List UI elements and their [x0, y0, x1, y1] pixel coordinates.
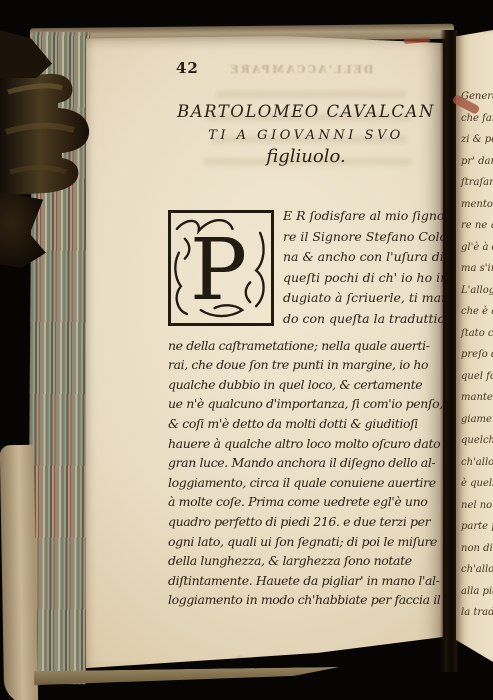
body-line: re il Signore Stefano Colon	[283, 227, 455, 248]
facing-page-line: parte potre	[461, 516, 493, 538]
body-line: à molte coſe. Prima come uedrete egl'è u…	[168, 492, 446, 512]
chapter-heading-line3: figliuolo.	[168, 146, 444, 167]
body-line: E R ſodisfare al mio ſigno	[283, 206, 455, 227]
facing-page-line: ma s'inter	[461, 258, 493, 280]
bleedthrough-smudge	[216, 91, 406, 98]
body-line: rai, che doue ſon tre punti in margine, …	[168, 355, 446, 375]
facing-page-line: ſtato calcu	[461, 323, 493, 345]
body-line: dugiato à ſcriuerle, ti man-	[283, 288, 455, 309]
facing-page-line: L'alloggiar	[461, 280, 493, 302]
book-photo: 42 DELL'ACCAMPARE BARTOLOMEO CAVALCAN TI…	[0, 0, 493, 700]
facing-page-line: alla piazza	[461, 581, 493, 603]
foxing-spot	[336, 686, 342, 690]
body-line: do con queſta la traduttio-	[283, 309, 455, 330]
body-line: loggiamento in modo ch'habbiate per facc…	[168, 590, 446, 610]
facing-page-line: ch'allor gia	[461, 452, 493, 474]
chapter-heading-line1: BARTOLOMEO CAVALCAN	[168, 102, 444, 121]
body-line: & coſi m'è detto da molti dotti & giudit…	[168, 414, 446, 434]
bleedthrough-running-header: DELL'ACCAMPARE	[196, 63, 406, 76]
woodcut-initial-art: P	[171, 213, 270, 322]
body-line: della lunghezza, & larghezza ſono notate	[168, 551, 446, 571]
body-line: hauere à qualche altro loco molto oſcuro…	[168, 434, 446, 454]
facing-page-line: quel fondan	[461, 366, 493, 388]
facing-page-line: che è allato	[461, 301, 493, 323]
facing-page-line: pr' dama	[461, 151, 493, 173]
facing-page-line: giamento,	[461, 409, 493, 431]
woodcut-initial: P	[168, 210, 274, 326]
facing-page-line: zi & per	[461, 129, 493, 151]
body-line: queſti pochi di ch' io ho in-	[283, 268, 455, 289]
chapter-heading: BARTOLOMEO CAVALCAN TI A GIOVANNI SVO fi…	[168, 102, 444, 167]
page-gutter-shadow	[440, 30, 457, 672]
facing-page-line: gl'è à dirit	[461, 237, 493, 259]
facing-page-strip: Generale,che ſarannozi & perpr' damaſtra…	[456, 30, 493, 662]
body-line: na & ancho con l'uſura di	[283, 247, 455, 268]
facing-page-line: nel nome d	[461, 495, 493, 517]
body-line: diſtintamente. Hauete da pigliar' in man…	[168, 571, 446, 591]
body-lines-beside-initial: E R ſodisfare al mio ſignore il Signore …	[274, 206, 455, 330]
facing-page-line: non dice il	[461, 538, 493, 560]
main-page: 42 DELL'ACCAMPARE BARTOLOMEO CAVALCAN TI…	[86, 36, 443, 672]
facing-page-line: è quello che	[461, 473, 493, 495]
body-paragraph: P E R ſodisfare al mio ſignore il Signor…	[168, 206, 446, 610]
body-line: gran luce. Mando anchora il diſegno dell…	[168, 453, 446, 473]
facing-page-line: quelche è p	[461, 430, 493, 452]
drop-cap-letter: P	[190, 221, 247, 320]
body-line: loggiamento, circa il quale conuiene aue…	[168, 473, 446, 493]
body-line: ogni lato, quali ui ſon ſegnati; di poi …	[168, 532, 446, 552]
body-lines-full-width: ne della caſtrametatione; nella quale au…	[168, 336, 446, 610]
facing-page-line: preſo da Po	[461, 344, 493, 366]
facing-page-line: ch'alloggia	[461, 559, 493, 581]
facing-page-line: mento dell	[461, 194, 493, 216]
facing-page-line: la traduttio	[461, 602, 493, 624]
facing-page-line: re ne quadr	[461, 215, 493, 237]
book-clasp	[0, 72, 100, 200]
body-line: qualche dubbio in quel loco, & certament…	[168, 375, 446, 395]
foxing-spot	[236, 656, 243, 661]
body-line: ue n'è qualcuno d'importanza, ſi com'io …	[168, 394, 446, 414]
body-line: quadro perfetto di piedi 216. e due terz…	[168, 512, 446, 532]
binding-parchment-edge	[0, 445, 38, 700]
facing-page-line: mantenere	[461, 387, 493, 409]
body-line: ne della caſtrametatione; nella quale au…	[168, 336, 446, 356]
chapter-heading-line2: TI A GIOVANNI SVO	[168, 128, 444, 143]
facing-page-text: Generale,che ſarannozi & perpr' damaſtra…	[456, 30, 493, 624]
facing-page-line: ſtraſarann	[461, 172, 493, 194]
